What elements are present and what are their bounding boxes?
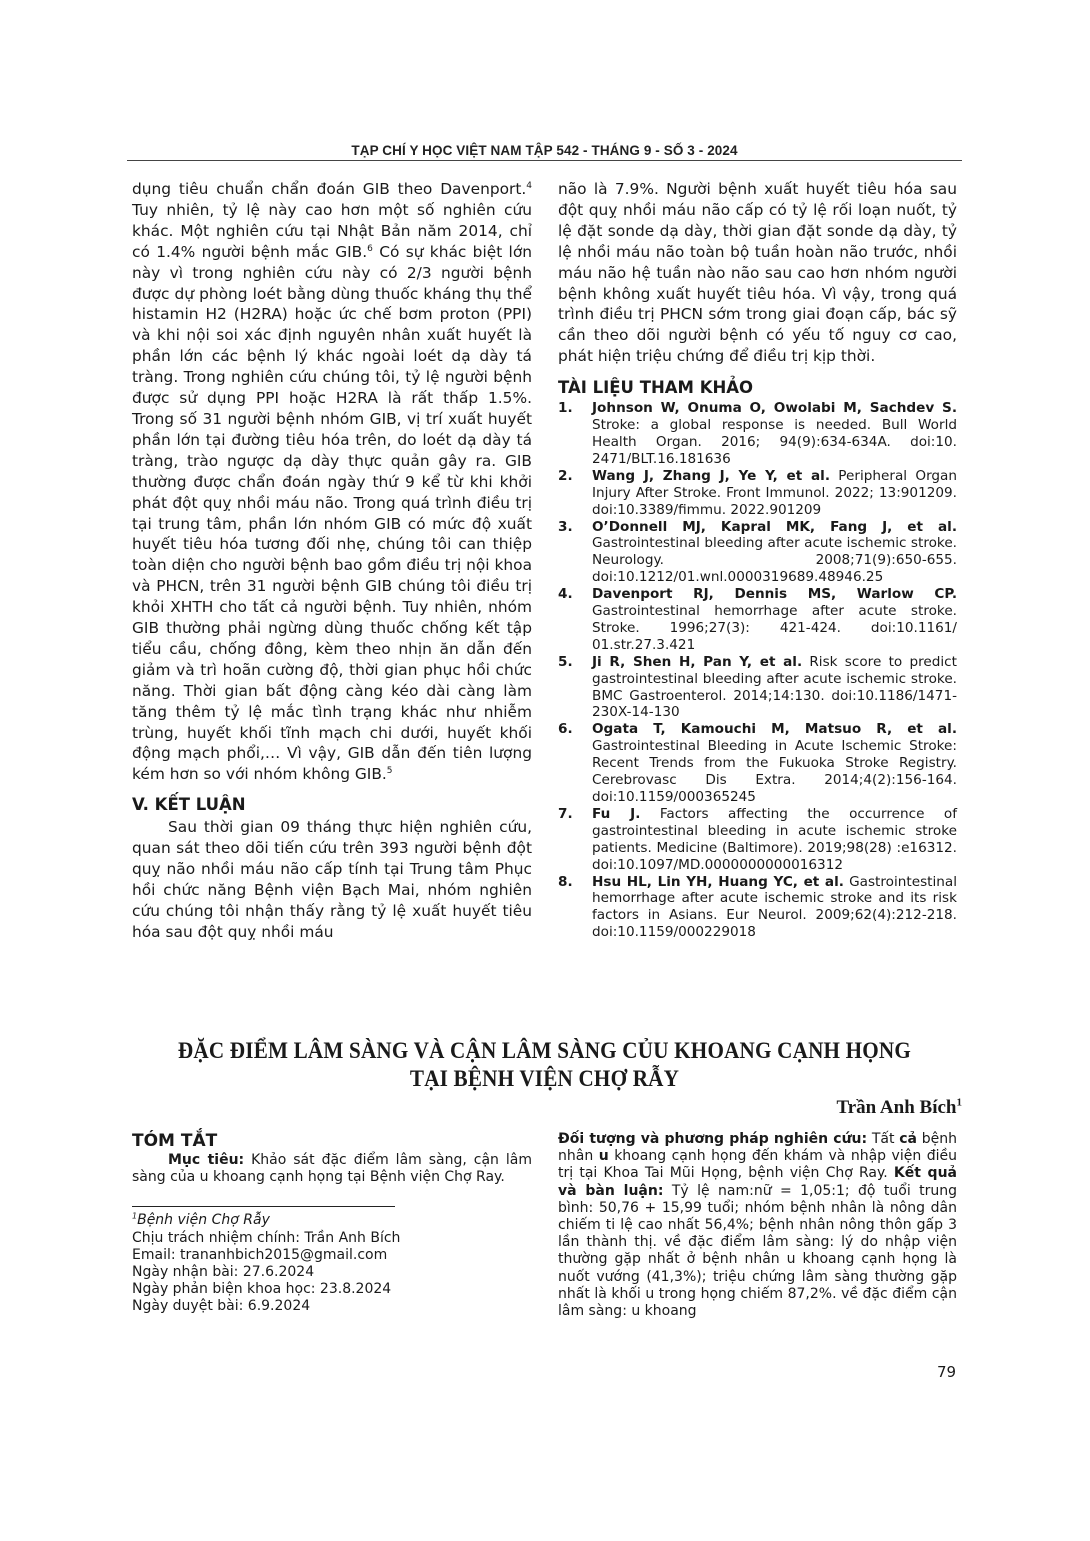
reference-text: Gastrointestinal hemorrhage after acute … [592, 603, 957, 653]
text-span: Có sự khác biệt lớn này vì trong nghiên … [132, 243, 532, 784]
reference-item: 2.Wang J, Zhang J, Ye Y, et al. Peripher… [558, 468, 957, 519]
responsible-author: Chịu trách nhiệm chính: Trần Anh Bích [132, 1230, 532, 1247]
abstract-heading: TÓM TẮT [132, 1130, 532, 1152]
author-email: Email: trananhbich2015@gmail.com [132, 1247, 532, 1264]
discussion-paragraph: dụng tiêu chuẩn chẩn đoán GIB theo Daven… [132, 179, 532, 785]
reference-text: Factors affecting the occurrence of gast… [592, 806, 957, 873]
date-accepted: Ngày duyệt bài: 6.9.2024 [132, 1298, 532, 1315]
reference-item: 3.O’Donnell MJ, Kapral MK, Fang J, et al… [558, 519, 957, 587]
reference-item: 8.Hsu HL, Lin YH, Huang YC, et al. Gastr… [558, 874, 957, 942]
reference-text: Stroke: a global response is needed. Bul… [592, 417, 957, 467]
reference-number: 2. [558, 468, 573, 485]
article-title-line-1: ĐẶC ĐIỂM LÂM SÀNG VÀ CẬN LÂM SÀNG CỦU KH… [160, 1037, 928, 1065]
reference-authors: Hsu HL, Lin YH, Huang YC, et al. [592, 874, 844, 890]
reference-number: 3. [558, 519, 573, 536]
reference-authors: Fu J. [592, 806, 640, 822]
reference-item: 1.Johnson W, Onuma O, Owolabi M, Sachdev… [558, 400, 957, 468]
reference-number: 5. [558, 654, 573, 671]
references-heading: TÀI LIỆU THAM KHẢO [558, 377, 957, 399]
reference-authors: O’Donnell MJ, Kapral MK, Fang J, et al. [592, 519, 957, 535]
article-author: Trần Anh Bích1 [836, 1097, 962, 1119]
author-affiliation-sup: 1 [957, 1097, 963, 1109]
citation-sup: 5 [387, 766, 393, 776]
reference-authors: Ogata T, Kamouchi M, Matsuo R, et al. [592, 721, 957, 737]
reference-item: 5.Ji R, Shen H, Pan Y, et al. Risk score… [558, 654, 957, 722]
page-number: 79 [937, 1363, 956, 1381]
citation-sup: 4 [526, 181, 532, 191]
reference-number: 6. [558, 721, 573, 738]
conclusion-paragraph: Sau thời gian 09 tháng thực hiện nghiên … [132, 817, 532, 942]
article-title-line-2: TẠI BỆNH VIỆN CHỢ RẪY [160, 1065, 928, 1093]
objective-label: Mục tiêu: [168, 1152, 244, 1168]
running-header: TẠP CHÍ Y HỌC VIỆT NAM TẬP 542 - THÁNG 9… [127, 143, 962, 158]
reference-item: 7.Fu J. Factors affecting the occurrence… [558, 806, 957, 874]
reference-authors: Wang J, Zhang J, Ye Y, et al. [592, 468, 830, 484]
reference-text: Gastrointestinal bleeding after acute is… [592, 535, 957, 585]
reference-item: 4.Davenport RJ, Dennis MS, Warlow CP. Ga… [558, 586, 957, 654]
methods-label: Đối tượng và phương pháp nghiên cứu: [558, 1131, 867, 1147]
affiliation-text: Bệnh viện Chợ Rẫy [137, 1212, 270, 1228]
reference-authors: Davenport RJ, Dennis MS, Warlow CP. [592, 586, 957, 602]
abstract-left-column: TÓM TẮT Mục tiêu: Khảo sát đặc điểm lâm … [132, 1130, 532, 1316]
reference-item: 6.Ogata T, Kamouchi M, Matsuo R, et al. … [558, 721, 957, 806]
reference-number: 1. [558, 400, 573, 417]
reference-authors: Johnson W, Onuma O, Owolabi M, Sachdev S… [592, 400, 957, 416]
abstract-methods-results: Đối tượng và phương pháp nghiên cứu: Tất… [558, 1131, 957, 1320]
reference-list: 1.Johnson W, Onuma O, Owolabi M, Sachdev… [558, 400, 957, 941]
footnote-rule [132, 1206, 395, 1207]
date-reviewed: Ngày phản biện khoa học: 23.8.2024 [132, 1281, 532, 1298]
footnotes: 1Bệnh viện Chợ Rẫy Chịu trách nhiệm chín… [132, 1212, 532, 1315]
text-span-bold: cả [899, 1131, 917, 1147]
reference-authors: Ji R, Shen H, Pan Y, et al. [592, 654, 802, 670]
date-received: Ngày nhận bài: 27.6.2024 [132, 1264, 532, 1281]
abstract-right-column: Đối tượng và phương pháp nghiên cứu: Tất… [558, 1131, 957, 1320]
text-span-bold: u [599, 1148, 609, 1164]
reference-number: 7. [558, 806, 573, 823]
results-text: Tỷ lệ nam:nữ = 1,05:1; độ tuổi trung bìn… [558, 1183, 957, 1319]
reference-number: 8. [558, 874, 573, 891]
text-span: Tất [867, 1131, 899, 1147]
reference-number: 4. [558, 586, 573, 603]
reference-text: Gastrointestinal Bleeding in Acute Ische… [592, 738, 957, 805]
conclusion-continued: não là 7.9%. Người bệnh xuất huyết tiêu … [558, 179, 957, 367]
header-rule [127, 160, 962, 161]
conclusion-heading: V. KẾT LUẬN [132, 794, 532, 816]
affiliation: 1Bệnh viện Chợ Rẫy [132, 1212, 532, 1229]
article-title: ĐẶC ĐIỂM LÂM SÀNG VÀ CẬN LÂM SÀNG CỦU KH… [160, 1037, 928, 1093]
abstract-objective: Mục tiêu: Khảo sát đặc điểm lâm sàng, cậ… [132, 1152, 532, 1186]
author-name: Trần Anh Bích [836, 1097, 956, 1118]
right-column: não là 7.9%. Người bệnh xuất huyết tiêu … [558, 179, 957, 941]
left-column: dụng tiêu chuẩn chẩn đoán GIB theo Daven… [132, 179, 532, 943]
text-span: dụng tiêu chuẩn chẩn đoán GIB theo Daven… [132, 180, 526, 198]
